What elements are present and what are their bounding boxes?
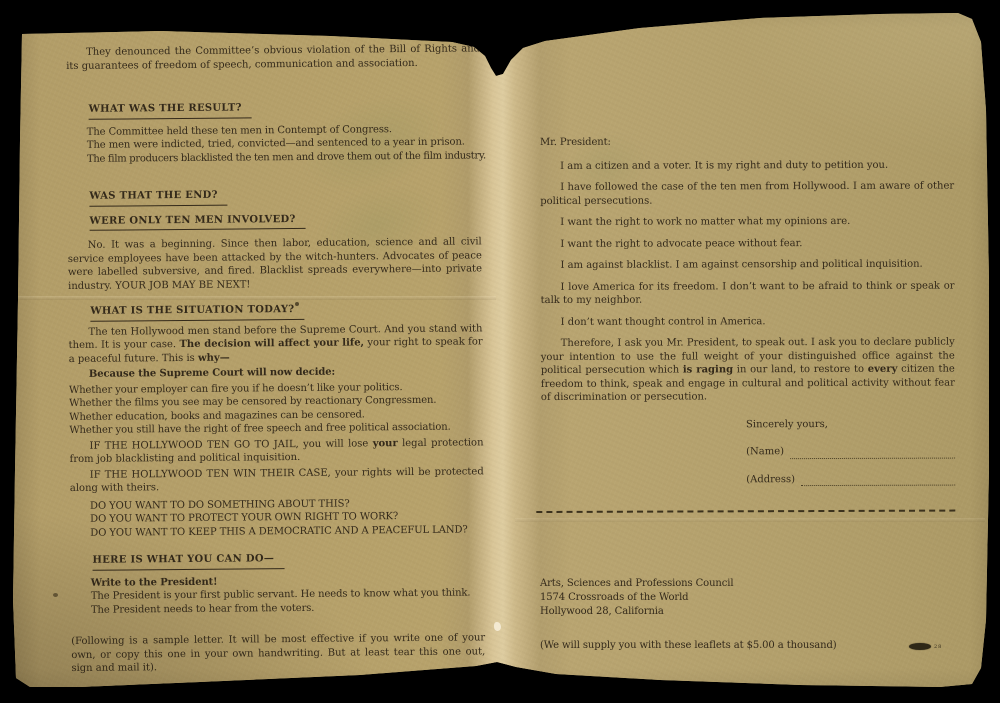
supply-note: (We will supply you with these leaflets … xyxy=(540,640,920,651)
jail-paragraph: IF THE HOLLYWOOD TEN GO TO JAIL, you wil… xyxy=(69,436,483,467)
org-line: Hollywood 28, California xyxy=(540,605,733,619)
situation-paragraph: The ten Hollywood men stand before the S… xyxy=(68,322,482,366)
paper-chip xyxy=(494,622,501,631)
letter-paragraph: I want the right to work no matter what … xyxy=(540,215,954,230)
union-bug-number: 28 xyxy=(934,644,942,650)
section-heading-result: WHAT WAS THE RESULT? xyxy=(88,99,480,119)
address-label: (Address) xyxy=(746,473,795,487)
name-fill-line xyxy=(790,446,955,459)
heading-text: WAS THAT THE END? xyxy=(89,189,228,207)
union-bug-icon: 28 xyxy=(909,643,942,650)
letter-paragraph: I have followed the case of the ten men … xyxy=(540,180,954,208)
union-bug-oval xyxy=(909,643,931,650)
heading-text: WHAT IS THE SITUATION TODAY? xyxy=(90,303,304,321)
org-line: Arts, Sciences and Professions Council xyxy=(540,577,733,591)
paper-speck xyxy=(53,593,58,597)
org-line: 1574 Crossroads of the World xyxy=(540,591,733,605)
address-field-row: (Address) xyxy=(746,472,955,486)
sample-letter-note: (Following is a sample letter. It will b… xyxy=(71,631,485,675)
whether-line: Whether you still have the right of free… xyxy=(69,420,483,437)
letter-paragraph: I am a citizen and a voter. It is my rig… xyxy=(540,158,954,173)
salutation: Mr. President: xyxy=(540,135,954,150)
result-line: The film producers blacklisted the ten m… xyxy=(67,149,481,166)
section-heading-ten-men: WERE ONLY TEN MEN INVOLVED? xyxy=(89,211,481,231)
tear-off-line xyxy=(536,510,955,513)
section-heading-can-do: HERE IS WHAT YOU CAN DO— xyxy=(92,550,484,570)
leaflet-paper: They denounced the Committee’s obvious v… xyxy=(0,0,1000,703)
fold-crease-right xyxy=(515,518,985,522)
beginning-paragraph: No. It was a beginning. Since then labor… xyxy=(68,235,482,293)
letter-paragraph: I love America for its freedom. I don’t … xyxy=(541,279,955,307)
section-heading-end: WAS THAT THE END? xyxy=(89,186,481,206)
intro-paragraph: They denounced the Committee’s obvious v… xyxy=(66,42,480,73)
win-paragraph: IF THE HOLLYWOOD TEN WIN THEIR CASE, you… xyxy=(70,465,484,496)
right-page: Mr. President: I am a citizen and a vote… xyxy=(540,135,955,513)
section-heading-situation: WHAT IS THE SITUATION TODAY? xyxy=(90,301,482,321)
letter-paragraph: I don’t want thought control in America. xyxy=(541,314,955,329)
president-line: The President needs to hear from the vot… xyxy=(71,600,485,617)
address-fill-line xyxy=(801,474,955,487)
because-line: Because the Supreme Court will now decid… xyxy=(69,364,483,381)
do-line: DO YOU WANT TO KEEP THIS A DEMOCRATIC AN… xyxy=(70,523,484,540)
name-label: (Name) xyxy=(746,445,784,459)
left-page: They denounced the Committee’s obvious v… xyxy=(66,42,485,675)
letter-paragraph: I want the right to advocate peace witho… xyxy=(540,236,954,251)
organization-address: Arts, Sciences and Professions Council 1… xyxy=(540,577,733,619)
scan-background: They denounced the Committee’s obvious v… xyxy=(0,0,1000,703)
heading-text: WERE ONLY TEN MEN INVOLVED? xyxy=(89,212,305,230)
closing-line: Sincerely yours, xyxy=(746,417,955,431)
therefore-paragraph: Therefore, I ask you Mr. President, to s… xyxy=(541,336,955,405)
heading-text: HERE IS WHAT YOU CAN DO— xyxy=(92,552,284,570)
letter-paragraph: I am against blacklist. I am against cen… xyxy=(540,258,954,273)
heading-text: WHAT WAS THE RESULT? xyxy=(88,101,251,119)
name-field-row: (Name) xyxy=(746,445,955,459)
